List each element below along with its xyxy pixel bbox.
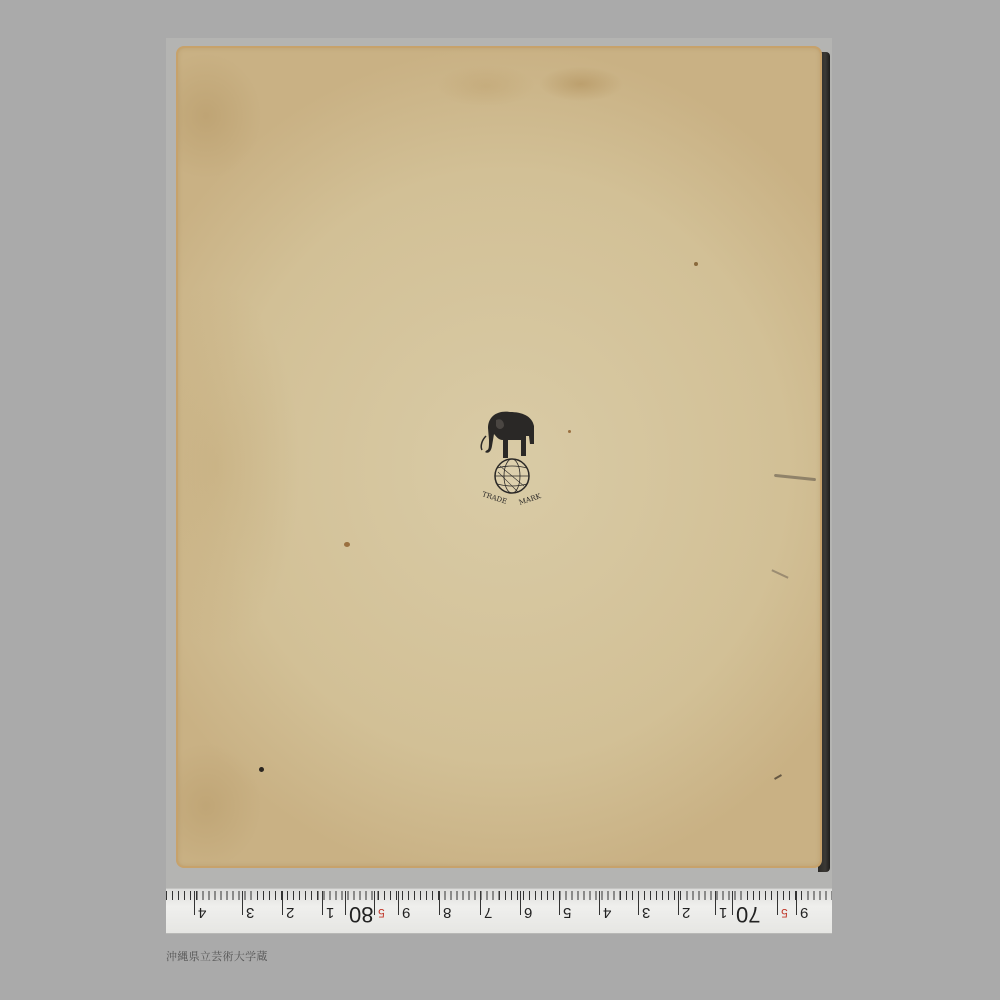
ruler-major-tick [777, 891, 778, 915]
collection-credit-caption: 沖縄県立芸術大学蔵 [166, 948, 268, 964]
ruler-label: 6 [524, 905, 532, 920]
ruler-major-tick [520, 891, 521, 915]
ruler-major-tick [439, 891, 440, 915]
pencil-mark [774, 774, 782, 780]
ruler-label: 9 [800, 905, 808, 920]
ruler-label: 5 [378, 907, 385, 919]
ruler-major-tick [715, 891, 716, 915]
ruler-label: 4 [198, 905, 206, 920]
ruler-label: 3 [642, 905, 650, 920]
ruler-major-tick [194, 891, 195, 915]
stain-spot [344, 542, 350, 547]
ruler-label: 1 [719, 905, 727, 920]
ruler-label: 8 [443, 905, 451, 920]
ruler-label: 4 [603, 905, 611, 920]
ruler-label: 5 [563, 905, 571, 920]
ink-dot [259, 767, 264, 772]
ruler-major-tick [322, 891, 323, 915]
trademark-emblem: TRADE MARK [474, 406, 544, 506]
pencil-mark [771, 569, 788, 578]
ruler-major-tick [796, 891, 797, 915]
ruler-major-tick [374, 891, 375, 915]
ruler-major-tick [599, 891, 600, 915]
ruler-major-tick [282, 891, 283, 915]
ruler-major-tick [480, 891, 481, 915]
ruler-label: 3 [246, 905, 254, 920]
stain-spot [568, 430, 571, 433]
elephant-on-globe-icon: TRADE MARK [474, 406, 544, 506]
ruler-major-tick [638, 891, 639, 915]
ruler-major-tick [678, 891, 679, 915]
ruler-label: 80 [349, 903, 373, 925]
measuring-ruler: 43218059876543217059 [166, 888, 832, 934]
ruler-major-tick [559, 891, 560, 915]
ruler-label: 1 [326, 905, 334, 920]
ruler-label: 70 [736, 903, 760, 925]
ruler-major-tick [732, 891, 733, 915]
ruler-label: 5 [781, 907, 788, 919]
pencil-mark [774, 474, 816, 481]
ruler-label: 2 [286, 905, 294, 920]
ruler-label: 7 [484, 905, 492, 920]
ruler-major-tick [242, 891, 243, 915]
svg-text:MARK: MARK [518, 492, 543, 506]
ruler-label: 9 [402, 905, 410, 920]
svg-text:TRADE: TRADE [481, 490, 508, 506]
ruler-label: 2 [682, 905, 690, 920]
ruler-major-tick [398, 891, 399, 915]
ruler-major-tick [345, 891, 346, 915]
stain-spot [694, 262, 698, 266]
